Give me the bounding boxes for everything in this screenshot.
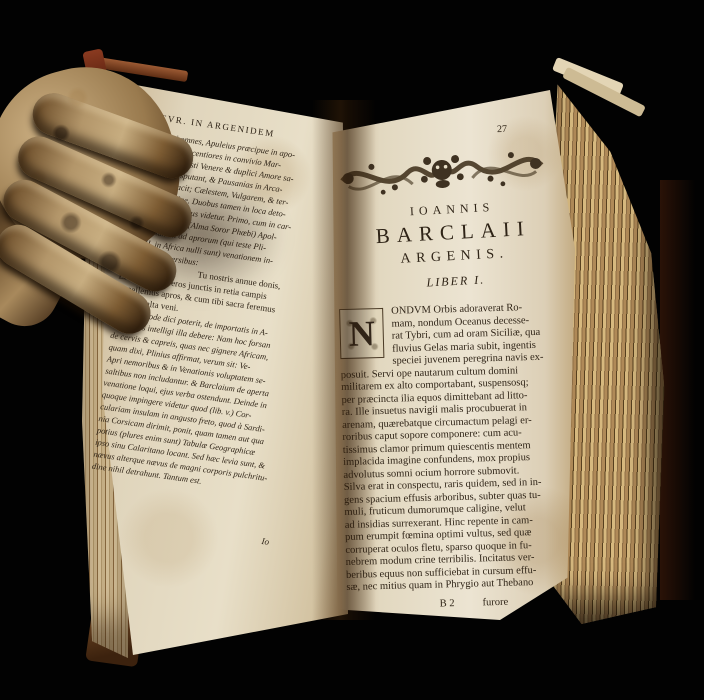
right-page-number: 27 — [497, 124, 507, 135]
holding-hand — [0, 30, 248, 352]
right-page-text: N ONDVM Orbis adoraverat Ro-mam, nondum … — [339, 301, 579, 611]
photo-scene: 26 DISCVR. IN ARGENIDEM & Platonici omne… — [0, 0, 704, 700]
signature-mark: B 2 — [440, 598, 455, 609]
right-catchword: furore — [482, 596, 508, 608]
drop-cap-initial: N — [339, 308, 384, 359]
right-page-title-block: IOANNIS BARCLAII ARGENIS. LIBER I. — [346, 197, 562, 295]
book-cover-right-shadow — [660, 180, 704, 600]
